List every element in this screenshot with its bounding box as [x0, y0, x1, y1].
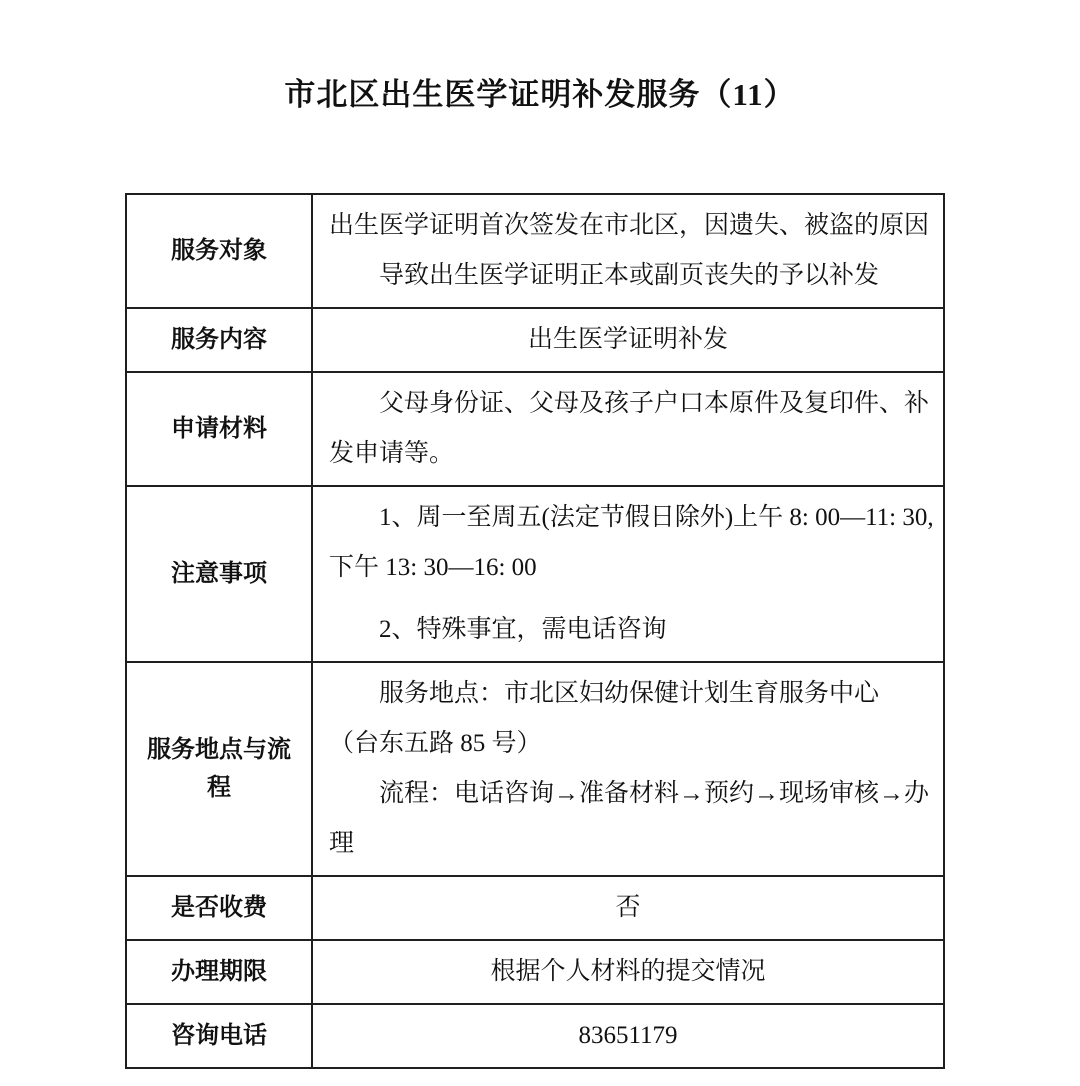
table-row-location-and-process: 服务地点与流程 服务地点：市北区妇幼保健计划生育服务中心 （台东五路 85 号）…: [127, 663, 943, 877]
content-line: 83651179: [329, 1011, 927, 1061]
row-content: 父母身份证、父母及孩子户口本原件及复印件、补 发申请等。: [313, 373, 945, 485]
row-content: 服务地点：市北区妇幼保健计划生育服务中心 （台东五路 85 号） 流程：电话咨询…: [313, 663, 945, 875]
content-line: 父母身份证、父母及孩子户口本原件及复印件、补: [329, 379, 929, 429]
table-row-service-content: 服务内容 出生医学证明补发: [127, 309, 943, 373]
content-line: 导致出生医学证明正本或副页丧失的予以补发: [329, 251, 929, 301]
content-line: 1、周一至周五(法定节假日除外)上午 8: 00—11: 30,: [329, 493, 934, 543]
table-row-service-target: 服务对象 出生医学证明首次签发在市北区，因遗失、被盗的原因 导致出生医学证明正本…: [127, 195, 943, 309]
content-line: 出生医学证明补发: [329, 315, 927, 365]
content-line: （台东五路 85 号）: [329, 719, 929, 769]
table-row-fee: 是否收费 否: [127, 877, 943, 941]
content-line: 理: [329, 819, 929, 869]
table-row-application-materials: 申请材料 父母身份证、父母及孩子户口本原件及复印件、补 发申请等。: [127, 373, 943, 487]
content-line: 下午 13: 30—16: 00: [329, 543, 934, 593]
content-line: 出生医学证明首次签发在市北区，因遗失、被盗的原因: [329, 201, 929, 251]
content-line: 根据个人材料的提交情况: [329, 947, 927, 997]
row-label: 是否收费: [127, 877, 313, 939]
content-line: 2、特殊事宜，需电话咨询: [329, 605, 934, 655]
service-info-table: 服务对象 出生医学证明首次签发在市北区，因遗失、被盗的原因 导致出生医学证明正本…: [125, 193, 945, 1069]
row-content: 出生医学证明补发: [313, 309, 943, 371]
table-row-processing-period: 办理期限 根据个人材料的提交情况: [127, 941, 943, 1005]
table-row-notes: 注意事项 1、周一至周五(法定节假日除外)上午 8: 00—11: 30, 下午…: [127, 487, 943, 663]
content-line: 服务地点：市北区妇幼保健计划生育服务中心: [329, 669, 929, 719]
row-label: 注意事项: [127, 487, 313, 661]
content-line: 否: [329, 883, 927, 933]
row-content: 83651179: [313, 1005, 943, 1067]
row-content: 否: [313, 877, 943, 939]
row-label: 咨询电话: [127, 1005, 313, 1067]
document-page: 市北区出生医学证明补发服务（11） 服务对象 出生医学证明首次签发在市北区，因遗…: [0, 0, 1080, 1086]
row-label: 服务对象: [127, 195, 313, 307]
table-row-inquiry-phone: 咨询电话 83651179: [127, 1005, 943, 1067]
row-label: 办理期限: [127, 941, 313, 1003]
row-label: 申请材料: [127, 373, 313, 485]
row-label: 服务地点与流程: [127, 663, 313, 875]
row-content: 根据个人材料的提交情况: [313, 941, 943, 1003]
content-line: 发申请等。: [329, 429, 929, 479]
row-content: 1、周一至周五(法定节假日除外)上午 8: 00—11: 30, 下午 13: …: [313, 487, 950, 661]
page-title: 市北区出生医学证明补发服务（11）: [0, 74, 1080, 116]
content-line: 流程：电话咨询→准备材料→预约→现场审核→办: [329, 769, 929, 819]
row-label: 服务内容: [127, 309, 313, 371]
row-content: 出生医学证明首次签发在市北区，因遗失、被盗的原因 导致出生医学证明正本或副页丧失…: [313, 195, 945, 307]
